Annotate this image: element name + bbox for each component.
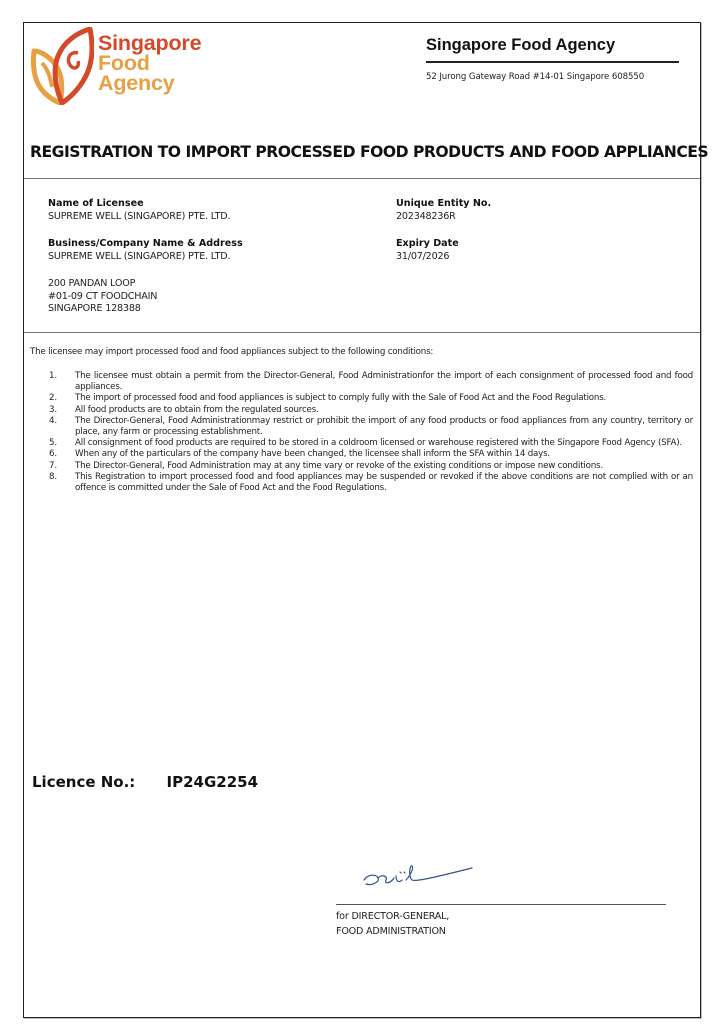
condition-item: 3. All food products are to obtain from … bbox=[40, 405, 693, 416]
uen-field: Unique Entity No. 202348236R bbox=[396, 198, 491, 223]
handwritten-signature-icon bbox=[360, 862, 480, 892]
condition-number: 4. bbox=[40, 416, 75, 438]
condition-number: 5. bbox=[40, 438, 75, 449]
condition-item: 2. The import of processed food and food… bbox=[40, 393, 693, 404]
licensee-name-label: Name of Licensee bbox=[48, 198, 230, 211]
condition-text: The licensee must obtain a permit from t… bbox=[75, 371, 693, 393]
expiry-date-field: Expiry Date 31/07/2026 bbox=[396, 238, 459, 263]
business-name-label: Business/Company Name & Address bbox=[48, 238, 243, 251]
condition-number: 3. bbox=[40, 405, 75, 416]
condition-text: All food products are to obtain from the… bbox=[75, 405, 693, 416]
logo-line-singapore: Singapore bbox=[98, 33, 201, 53]
document-title: REGISTRATION TO IMPORT PROCESSED FOOD PR… bbox=[30, 143, 708, 161]
uen-value: 202348236R bbox=[396, 211, 491, 224]
business-address: 200 PANDAN LOOP #01-09 CT FOODCHAIN SING… bbox=[48, 278, 157, 316]
licence-number: Licence No.: IP24G2254 bbox=[32, 773, 258, 791]
business-name-field: Business/Company Name & Address SUPREME … bbox=[48, 238, 243, 263]
signature-caption-line-1: for DIRECTOR-GENERAL, bbox=[336, 909, 449, 924]
condition-text: This Registration to import processed fo… bbox=[75, 472, 693, 494]
condition-text: The import of processed food and food ap… bbox=[75, 393, 693, 404]
licence-value: IP24G2254 bbox=[167, 773, 259, 791]
condition-number: 1. bbox=[40, 371, 75, 393]
agency-header: Singapore Food Agency 52 Jurong Gateway … bbox=[426, 36, 679, 82]
signature-caption: for DIRECTOR-GENERAL, FOOD ADMINISTRATIO… bbox=[336, 909, 449, 939]
condition-number: 8. bbox=[40, 472, 75, 494]
expiry-date-value: 31/07/2026 bbox=[396, 251, 459, 264]
licensee-name-value: SUPREME WELL (SINGAPORE) PTE. LTD. bbox=[48, 211, 230, 224]
condition-text: The Director-General, Food Administratio… bbox=[75, 461, 693, 472]
uen-label: Unique Entity No. bbox=[396, 198, 491, 211]
condition-item: 8. This Registration to import processed… bbox=[40, 472, 693, 494]
condition-item: 1. The licensee must obtain a permit fro… bbox=[40, 371, 693, 393]
conditions-intro: The licensee may import processed food a… bbox=[30, 347, 433, 357]
agency-address: 52 Jurong Gateway Road #14-01 Singapore … bbox=[426, 72, 679, 82]
condition-item: 5. All consignment of food products are … bbox=[40, 438, 693, 449]
agency-name: Singapore Food Agency bbox=[426, 36, 679, 63]
condition-item: 4. The Director-General, Food Administra… bbox=[40, 416, 693, 438]
sfa-logo: Singapore Food Agency bbox=[30, 27, 220, 107]
condition-number: 2. bbox=[40, 393, 75, 404]
sfa-leaf-logo-icon bbox=[30, 27, 94, 105]
address-line-2: #01-09 CT FOODCHAIN bbox=[48, 291, 157, 304]
address-line-3: SINGAPORE 128388 bbox=[48, 303, 157, 316]
licensee-name-field: Name of Licensee SUPREME WELL (SINGAPORE… bbox=[48, 198, 230, 223]
conditions-list: 1. The licensee must obtain a permit fro… bbox=[40, 371, 693, 494]
condition-number: 7. bbox=[40, 461, 75, 472]
condition-text: When any of the particulars of the compa… bbox=[75, 449, 693, 460]
logo-line-food: Food bbox=[98, 53, 201, 73]
logo-line-agency: Agency bbox=[98, 73, 201, 93]
details-divider bbox=[24, 332, 700, 333]
condition-text: The Director-General, Food Administratio… bbox=[75, 416, 693, 438]
signature-caption-line-2: FOOD ADMINISTRATION bbox=[336, 924, 449, 939]
address-line-1: 200 PANDAN LOOP bbox=[48, 278, 157, 291]
condition-text: All consignment of food products are req… bbox=[75, 438, 693, 449]
signature-line bbox=[336, 904, 666, 905]
condition-number: 6. bbox=[40, 449, 75, 460]
condition-item: 7. The Director-General, Food Administra… bbox=[40, 461, 693, 472]
condition-item: 6. When any of the particulars of the co… bbox=[40, 449, 693, 460]
logo-wordmark: Singapore Food Agency bbox=[98, 33, 201, 93]
title-divider bbox=[24, 178, 700, 179]
licence-label: Licence No.: bbox=[32, 773, 135, 791]
business-name-value: SUPREME WELL (SINGAPORE) PTE. LTD. bbox=[48, 251, 243, 264]
expiry-date-label: Expiry Date bbox=[396, 238, 459, 251]
